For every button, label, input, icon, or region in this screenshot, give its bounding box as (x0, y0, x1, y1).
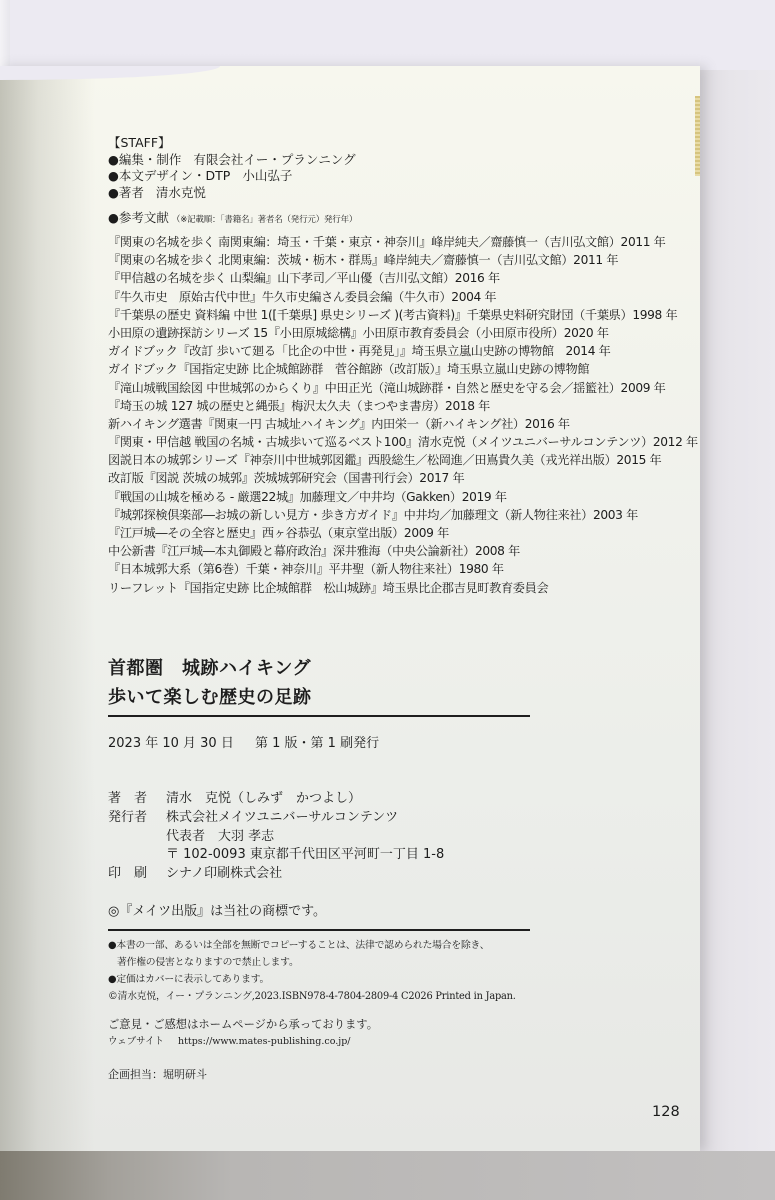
trademark-notice: ◎『メイツ出版』は当社の商標です。 (108, 903, 326, 921)
staff-item-editing: ●編集・制作有限会社イー・プランニング (108, 152, 356, 169)
staff-item-author: ●著者清水克悦 (108, 185, 356, 202)
reference-item: 新ハイキング選書『関東一円 古城址ハイキング』内田栄一（新ハイキング社）2016… (108, 415, 698, 433)
staff-label: ●編集・制作 (108, 152, 181, 167)
title-divider (108, 715, 530, 717)
reference-item: 中公新書『江戸城―本丸御殿と幕府政治』深井雅海（中央公論新社）2008 年 (108, 542, 698, 560)
reference-item: 『関東・甲信越 戦国の名城・古城歩いて巡るベスト100』清水克悦（メイツユニバー… (108, 433, 698, 451)
reference-item: 『日本城郭大系（第6巻）千葉・神奈川』平井聖（新人物往来社）1980 年 (108, 560, 698, 578)
author-label: 著 者 (108, 790, 147, 809)
staff-value: 小山弘子 (242, 168, 292, 183)
references-list: 『関東の名城を歩く 南関東編：埼玉・千葉・東京・神奈川』峰岸純夫／齋藤慎一（吉川… (108, 233, 698, 597)
reference-item: 『千葉県の歴史 資料編 中世 1([千葉県] 県史シリーズ )(考古資料)』千葉… (108, 306, 698, 324)
reference-item: リーフレット『国指定史跡 比企城館群 松山城跡』埼玉県比企郡吉見町教育委員会 (108, 579, 698, 597)
reference-item: 図説日本の城郭シリーズ『神奈川中世城郭図鑑』西股総生／松岡進／田嶌貴久美（戎光祥… (108, 451, 698, 469)
publisher-label: 発行者 (108, 809, 147, 828)
representative: 代表者 大羽 孝志 (166, 828, 274, 847)
website-url: https://www.mates-publishing.co.jp/ (178, 1036, 351, 1047)
staff-heading: 【STAFF】 (108, 135, 356, 152)
background-surface (700, 70, 775, 1155)
staff-value: 清水克悦 (156, 185, 206, 200)
staff-label: ●本文デザイン・DTP (108, 168, 230, 183)
printer-value: シナノ印刷株式会社 (166, 865, 282, 884)
edition-info: 第 1 版・第 1 刷発行 (255, 736, 379, 752)
reference-item: 『関東の名城を歩く 南関東編：埼玉・千葉・東京・神奈川』峰岸純夫／齋藤慎一（吉川… (108, 233, 698, 251)
references-heading: ●参考文献 (108, 210, 169, 225)
reference-item: 『城郭探検倶楽部―お城の新しい見方・歩き方ガイド』中井均／加藤理文（新人物往来社… (108, 506, 698, 524)
copy-notice: ●本書の一部、あるいは全部を無断でコピーすることは、法律で認められた場合を除き、 (108, 937, 516, 954)
publisher-address: 〒 102-0093 東京都千代田区平河町一丁目 1-8 (166, 846, 444, 865)
reference-item: ガイドブック『国指定史跡 比企城館跡群 菅谷館跡（改訂版）』埼玉県立嵐山史跡の博… (108, 360, 698, 378)
planner-credit: 企画担当：堀明研斗 (108, 1067, 207, 1083)
reference-item: 『牛久市史 原始古代中世』牛久市史編さん委員会編（牛久市）2004 年 (108, 288, 698, 306)
book-title-line-1: 首都圏 城跡ハイキング (108, 654, 312, 683)
price-notice: ●定価はカバーに表示してあります。 (108, 971, 516, 988)
reference-item: 『江戸城―その全容と歴史』西ヶ谷恭弘（東京堂出版）2009 年 (108, 524, 698, 542)
staff-item-design: ●本文デザイン・DTP小山弘子 (108, 168, 356, 185)
publisher-value: 株式会社メイツユニバーサルコンテンツ (166, 809, 398, 828)
website-row: ウェブサイトhttps://www.mates-publishing.co.jp… (108, 1033, 378, 1050)
staff-value: 有限会社イー・プランニング (193, 152, 355, 167)
book-title-line-2: 歩いて楽しむ歴史の足跡 (108, 683, 312, 712)
legal-notes: ●本書の一部、あるいは全部を無断でコピーすることは、法律で認められた場合を除き、… (108, 937, 516, 1005)
references-heading-row: ●参考文献（※記載順：「書籍名」著者名（発行元）発行年） (108, 210, 357, 228)
website-label: ウェブサイト (108, 1036, 164, 1047)
reference-item: ガイドブック『改訂 歩いて廻る「比企の中世・再発見」』埼玉県立嵐山史跡の博物館 … (108, 342, 698, 360)
publication-date: 2023 年 10 月 30 日 (108, 736, 234, 751)
reference-item: 『戦国の山城を極める - 厳選22城』加藤理文／中井均（Gakken）2019 … (108, 488, 698, 506)
staff-section: 【STAFF】 ●編集・制作有限会社イー・プランニング ●本文デザイン・DTP小… (108, 135, 356, 202)
reference-item: 『甲信越の名城を歩く 山梨編』山下孝司／平山優（吉川弘文館）2016 年 (108, 269, 698, 287)
reference-item: 『滝山城戦国絵図 中世城郭のからくり』中田正光（滝山城跡群・自然と歴史を守る会／… (108, 379, 698, 397)
feedback-message: ご意見・ご感想はホームページから承っております。 (108, 1017, 378, 1033)
page-edge-lip (695, 96, 700, 176)
reference-item: 『埼玉の城 127 城の歴史と縄張』梅沢太久夫（まつやま書房）2018 年 (108, 397, 698, 415)
author-value: 清水 克悦（しみず かつよし） (166, 790, 361, 809)
printer-label: 印 刷 (108, 865, 147, 884)
notice-divider (108, 929, 530, 931)
reference-item: 改訂版『図説 茨城の城郭』茨城城郭研究会（国書刊行会）2017 年 (108, 469, 698, 487)
copy-notice-continued: 著作権の侵害となりますので禁止します。 (108, 954, 516, 971)
staff-label: ●著者 (108, 185, 144, 200)
references-note: （※記載順：「書籍名」著者名（発行元）発行年） (172, 215, 357, 225)
publication-date-row: 2023 年 10 月 30 日 第 1 版・第 1 刷発行 (108, 736, 234, 752)
table-surface (0, 1151, 775, 1200)
copyright-isbn: ©清水克悦，イー・プランニング,2023.ISBN978-4-7804-2809… (108, 988, 516, 1005)
page-number: 128 (652, 1103, 680, 1121)
book-title: 首都圏 城跡ハイキング 歩いて楽しむ歴史の足跡 (108, 654, 312, 712)
reference-item: 『関東の名城を歩く 北関東編：茨城・栃木・群馬』峰岸純夫／齋藤慎一（吉川弘文館）… (108, 251, 698, 269)
reference-item: 小田原の遺跡探訪シリーズ 15『小田原城総構』小田原市教育委員会（小田原市役所）… (108, 324, 698, 342)
contact-info: ご意見・ご感想はホームページから承っております。 ウェブサイトhttps://w… (108, 1017, 378, 1050)
